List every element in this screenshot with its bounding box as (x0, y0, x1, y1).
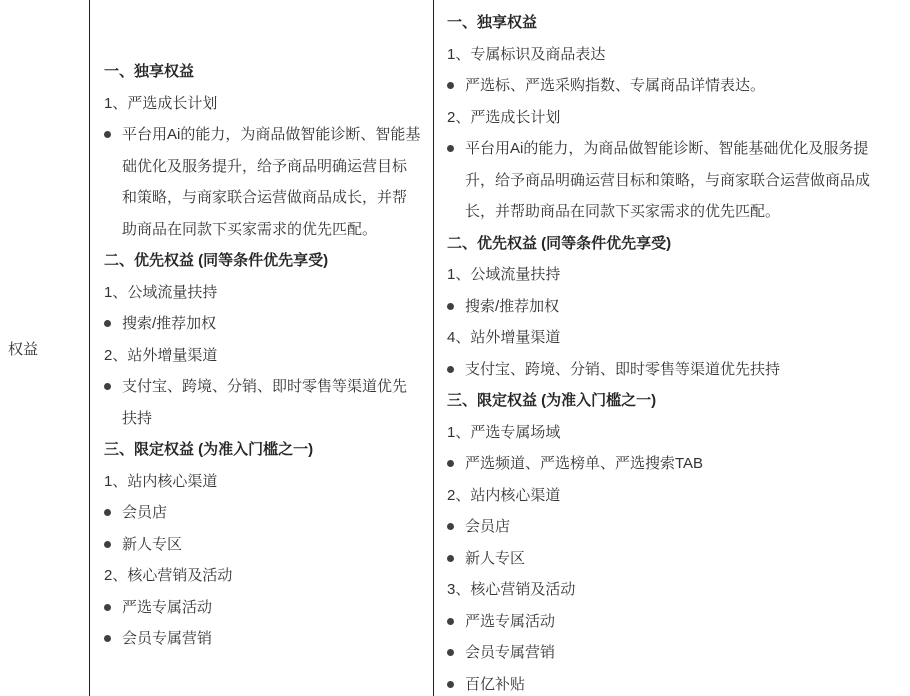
section-heading: 三、限定权益 (为准入门槛之一) (447, 385, 892, 417)
bullet-item-text: 严选频道、严选榜单、严选搜索TAB (465, 448, 892, 480)
bullet-item: 搜索/推荐加权 (447, 291, 892, 323)
bullet-dot-icon (447, 354, 465, 386)
numbered-item: 1、严选专属场域 (447, 417, 892, 449)
bullet-item: 支付宝、跨境、分销、即时零售等渠道优先扶持 (104, 371, 421, 434)
bullet-dot-icon (104, 371, 122, 403)
section-heading: 三、限定权益 (为准入门槛之一) (104, 434, 421, 466)
bullet-item: 支付宝、跨境、分销、即时零售等渠道优先扶持 (447, 354, 892, 386)
benefits-table: 权益 一、独享权益1、严选成长计划平台用Ai的能力，为商品做智能诊断、智能基础优… (0, 0, 910, 696)
bullet-item-text: 新人专区 (465, 543, 892, 575)
bullet-dot-icon (447, 511, 465, 543)
benefits-column-left: 一、独享权益1、严选成长计划平台用Ai的能力，为商品做智能诊断、智能基础优化及服… (90, 0, 433, 696)
bullet-item-text: 严选专属活动 (465, 606, 892, 638)
bullet-item: 百亿补贴 (447, 669, 892, 696)
section-heading: 二、优先权益 (同等条件优先享受) (104, 245, 421, 277)
bullet-item: 新人专区 (104, 529, 421, 561)
bullet-item-text: 会员店 (465, 511, 892, 543)
numbered-item: 1、专属标识及商品表达 (447, 39, 892, 71)
bullet-dot-icon (104, 529, 122, 561)
bullet-item-text: 百亿补贴 (465, 669, 892, 696)
numbered-item: 1、公域流量扶持 (447, 259, 892, 291)
bullet-item: 新人专区 (447, 543, 892, 575)
benefits-column-right: 一、独享权益1、专属标识及商品表达严选标、严选采购指数、专属商品详情表达。2、严… (434, 0, 910, 696)
bullet-item-text: 支付宝、跨境、分销、即时零售等渠道优先扶持 (465, 354, 892, 386)
bullet-dot-icon (447, 543, 465, 575)
bullet-item-text: 搜索/推荐加权 (465, 291, 892, 323)
bullet-item-text: 严选标、严选采购指数、专属商品详情表达。 (465, 70, 892, 102)
bullet-dot-icon (104, 592, 122, 624)
numbered-item: 1、公域流量扶持 (104, 277, 421, 309)
bullet-item-text: 新人专区 (122, 529, 421, 561)
bullet-item: 严选标、严选采购指数、专属商品详情表达。 (447, 70, 892, 102)
numbered-item: 2、严选成长计划 (447, 102, 892, 134)
bullet-dot-icon (104, 119, 122, 151)
bullet-item: 严选频道、严选榜单、严选搜索TAB (447, 448, 892, 480)
bullet-item: 平台用Ai的能力，为商品做智能诊断、智能基础优化及服务提升，给予商品明确运营目标… (104, 119, 421, 245)
bullet-dot-icon (447, 606, 465, 638)
row-label: 权益 (8, 338, 38, 359)
bullet-dot-icon (447, 448, 465, 480)
bullet-dot-icon (447, 291, 465, 323)
bullet-dot-icon (447, 133, 465, 165)
bullet-item-text: 会员店 (122, 497, 421, 529)
bullet-dot-icon (104, 623, 122, 655)
bullet-item-text: 支付宝、跨境、分销、即时零售等渠道优先扶持 (122, 371, 421, 434)
bullet-item: 严选专属活动 (447, 606, 892, 638)
numbered-item: 2、站外增量渠道 (104, 340, 421, 372)
bullet-dot-icon (447, 637, 465, 669)
numbered-item: 1、站内核心渠道 (104, 466, 421, 498)
bullet-item: 严选专属活动 (104, 592, 421, 624)
bullet-item-text: 平台用Ai的能力，为商品做智能诊断、智能基础优化及服务提升，给予商品明确运营目标… (465, 133, 892, 228)
bullet-dot-icon (104, 497, 122, 529)
row-label-cell: 权益 (0, 0, 89, 696)
numbered-item: 1、严选成长计划 (104, 88, 421, 120)
bullet-item: 搜索/推荐加权 (104, 308, 421, 340)
section-heading: 二、优先权益 (同等条件优先享受) (447, 228, 892, 260)
numbered-item: 3、核心营销及活动 (447, 574, 892, 606)
bullet-dot-icon (447, 669, 465, 696)
section-heading: 一、独享权益 (104, 56, 421, 88)
bullet-item-text: 严选专属活动 (122, 592, 421, 624)
bullet-item: 会员店 (104, 497, 421, 529)
bullet-item-text: 搜索/推荐加权 (122, 308, 421, 340)
bullet-item: 会员店 (447, 511, 892, 543)
section-heading: 一、独享权益 (447, 7, 892, 39)
bullet-item: 会员专属营销 (447, 637, 892, 669)
bullet-item: 会员专属营销 (104, 623, 421, 655)
bullet-item-text: 会员专属营销 (122, 623, 421, 655)
numbered-item: 4、站外增量渠道 (447, 322, 892, 354)
bullet-item-text: 平台用Ai的能力，为商品做智能诊断、智能基础优化及服务提升，给予商品明确运营目标… (122, 119, 421, 245)
bullet-item-text: 会员专属营销 (465, 637, 892, 669)
bullet-item: 平台用Ai的能力，为商品做智能诊断、智能基础优化及服务提升，给予商品明确运营目标… (447, 133, 892, 228)
bullet-dot-icon (104, 308, 122, 340)
bullet-dot-icon (447, 70, 465, 102)
numbered-item: 2、核心营销及活动 (104, 560, 421, 592)
numbered-item: 2、站内核心渠道 (447, 480, 892, 512)
